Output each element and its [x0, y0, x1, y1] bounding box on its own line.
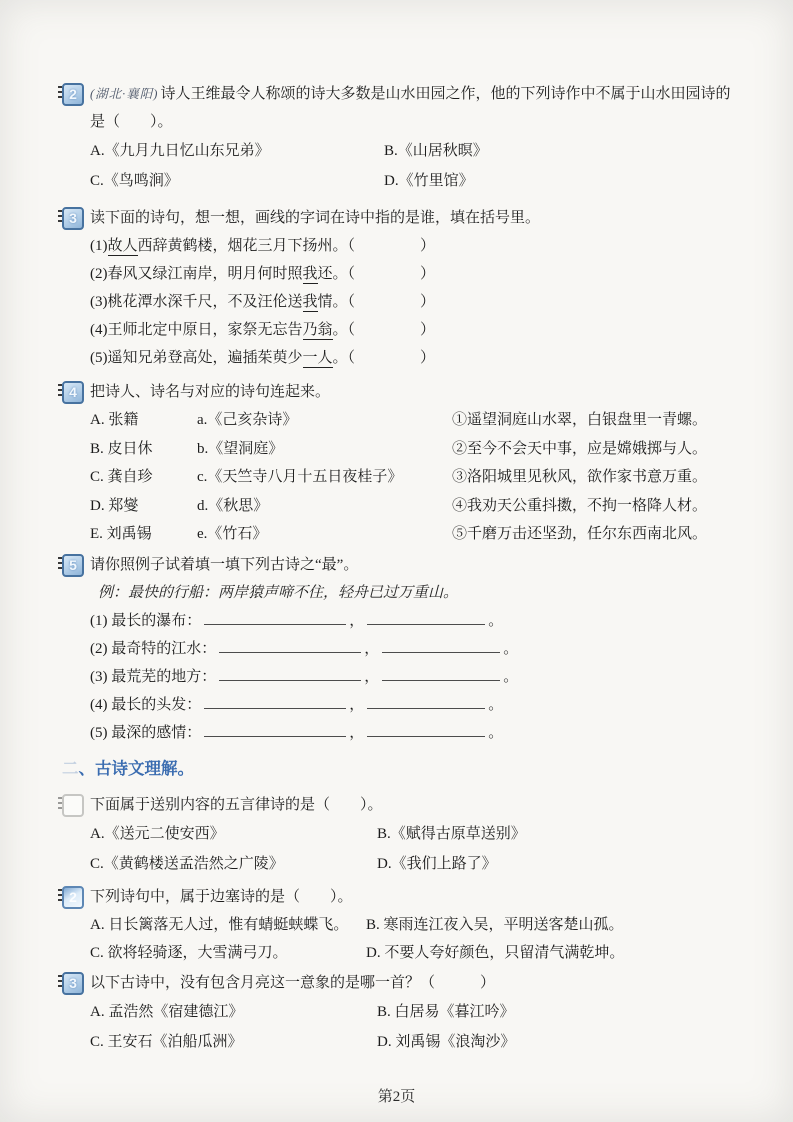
question-source-tag: (湖北·襄阳) [90, 87, 158, 101]
poet-c: C. 龚自珍 [90, 463, 197, 492]
question-s2-3: 3 以下古诗中，没有包含月亮这一意象的是哪一首？（ ） A. 孟浩然《宿建德江》… [62, 969, 739, 1057]
question-stem: 请你照例子试着填一填下列古诗之“最”。 [90, 551, 739, 579]
question-s1-4: 4 把诗人、诗名与对应的诗句连起来。 A. 张籍 a.《己亥杂诗》 ①遥望洞庭山… [62, 378, 739, 549]
answer-bracket[interactable]: （ ） [348, 322, 437, 338]
question-text: (湖北·襄阳)诗人王维最令人称颂的诗大多数是山水田园之作，他的下列诗作中不属于山… [90, 80, 739, 136]
question-stem: 以下古诗中，没有包含月亮这一意象的是哪一首？（ ） [90, 969, 739, 997]
option-a: A. 孟浩然《宿建德江》 [90, 997, 377, 1027]
fill-item-2: (2) 最奇特的江水：，。 [90, 635, 739, 663]
option-c: C.《黄鹤楼送孟浩然之广陵》 [90, 849, 377, 879]
answer-blank[interactable] [219, 639, 361, 653]
question-stem: 下面属于送别内容的五言律诗的是（ ）。 [90, 791, 739, 819]
question-number-badge: 4 [62, 381, 84, 404]
verse-4: ④我劝天公重抖擞，不拘一格降人材。 [452, 492, 739, 521]
page-number: 第2页 [0, 1088, 793, 1106]
question-s2-2: 2 下列诗句中，属于边塞诗的是（ ）。 A. 日长篱落无人过，惟有蜻蜓蛱蝶飞。 … [62, 883, 739, 967]
option-c: C. 欲将轻骑逐，大雪满弓刀。 [90, 939, 366, 967]
section-title: 、古诗文理解。 [79, 760, 195, 778]
question-number-badge: 5 [62, 554, 84, 577]
matching-grid: A. 张籍 a.《己亥杂诗》 ①遥望洞庭山水翠，白银盘里一青螺。 B. 皮日休 … [90, 406, 739, 549]
answer-bracket[interactable]: （ ） [348, 266, 437, 282]
poem-line-4: (4)王师北定中原日，家祭无忘告乃翁。（ ） [90, 316, 739, 344]
fill-item-3: (3) 最荒芜的地方：，。 [90, 663, 739, 691]
question-stem: 把诗人、诗名与对应的诗句连起来。 [90, 378, 739, 406]
option-d: D. 不要人夸好颜色，只留清气满乾坤。 [366, 939, 739, 967]
underlined-word: 一人 [303, 350, 333, 368]
answer-blank[interactable] [204, 695, 346, 709]
section-number-faded: 二 [62, 760, 79, 778]
poem-line-3: (3)桃花潭水深千尺，不及汪伦送我情。（ ） [90, 288, 739, 316]
option-a: A. 日长篱落无人过，惟有蜻蜓蛱蝶飞。 [90, 911, 366, 939]
worksheet-page: 2 (湖北·襄阳)诗人王维最令人称颂的诗大多数是山水田园之作，他的下列诗作中不属… [0, 0, 793, 1122]
fill-label: (1) 最长的瀑布： [90, 613, 201, 629]
question-number-badge-washed: 2 [62, 886, 84, 909]
answer-blank[interactable] [382, 667, 500, 681]
underlined-word: 故人 [108, 238, 138, 256]
answer-blank[interactable] [367, 695, 485, 709]
poet-b: B. 皮日休 [90, 435, 197, 464]
question-s1-3: 3 读下面的诗句，想一想，画线的字词在诗中指的是谁，填在括号里。 (1)故人西辞… [62, 204, 739, 372]
question-s1-2: 2 (湖北·襄阳)诗人王维最令人称颂的诗大多数是山水田园之作，他的下列诗作中不属… [62, 80, 739, 196]
question-stem: 读下面的诗句，想一想，画线的字词在诗中指的是谁，填在括号里。 [90, 204, 739, 232]
item-number: (1) [90, 238, 108, 254]
answer-blank[interactable] [382, 639, 500, 653]
poet-d: D. 郑燮 [90, 492, 197, 521]
fill-label: (5) 最深的感情： [90, 725, 201, 741]
answer-blank[interactable] [219, 667, 361, 681]
underlined-word: 我 [303, 266, 318, 284]
poet-e: E. 刘禹锡 [90, 520, 197, 549]
title-c: c.《天竺寺八月十五日夜桂子》 [197, 463, 452, 492]
title-d: d.《秋思》 [197, 492, 452, 521]
item-number: (2) [90, 266, 108, 282]
example-line: 例：最快的行船：两岸猿声啼不住，轻舟已过万重山。 [90, 579, 739, 607]
question-number-badge: 2 [62, 83, 84, 106]
question-s2-1: 下面属于送别内容的五言律诗的是（ ）。 A.《送元二使安西》 B.《赋得古原草送… [62, 791, 739, 879]
section-heading: 二、古诗文理解。 [62, 755, 739, 783]
answer-blank[interactable] [367, 611, 485, 625]
option-b: B.《赋得古原草送别》 [377, 819, 739, 849]
options-grid: A.《送元二使安西》 B.《赋得古原草送别》 C.《黄鹤楼送孟浩然之广陵》 D.… [90, 819, 739, 879]
worksheet-content: 2 (湖北·襄阳)诗人王维最令人称颂的诗大多数是山水田园之作，他的下列诗作中不属… [62, 80, 739, 1057]
options-grid: A. 日长篱落无人过，惟有蜻蜓蛱蝶飞。 B. 寒雨连江夜入吴，平明送客楚山孤。 … [90, 911, 739, 967]
question-stem: 诗人王维最令人称颂的诗大多数是山水田园之作，他的下列诗作中不属于山水田园诗的是（… [90, 86, 730, 130]
question-number-badge: 3 [62, 207, 84, 230]
verse-2: ②至今不会天中事，应是嫦娥掷与人。 [452, 435, 739, 464]
option-c: C.《鸟鸣涧》 [90, 166, 384, 196]
fill-label: (2) 最奇特的江水： [90, 641, 216, 657]
option-b: B. 寒雨连江夜入吴，平明送客楚山孤。 [366, 911, 739, 939]
question-stem: 下列诗句中，属于边塞诗的是（ ）。 [90, 883, 739, 911]
title-a: a.《己亥杂诗》 [197, 406, 452, 435]
item-number: (5) [90, 350, 108, 366]
question-number-badge-faded [62, 794, 84, 817]
answer-bracket[interactable]: （ ） [348, 350, 437, 366]
item-number: (4) [90, 322, 108, 338]
answer-blank[interactable] [204, 723, 346, 737]
options-grid: A.《九月九日忆山东兄弟》 B.《山居秋暝》 C.《鸟鸣涧》 D.《竹里馆》 [90, 136, 739, 196]
verse-5: ⑤千磨万击还坚劲，任尔东西南北风。 [452, 520, 739, 549]
underlined-word: 我 [303, 294, 318, 312]
option-d: D. 刘禹锡《浪淘沙》 [377, 1027, 739, 1057]
option-b: B.《山居秋暝》 [384, 136, 739, 166]
fill-item-1: (1) 最长的瀑布：，。 [90, 607, 739, 635]
fill-label: (4) 最长的头发： [90, 697, 201, 713]
answer-bracket[interactable]: （ ） [348, 294, 437, 310]
answer-blank[interactable] [204, 611, 346, 625]
answer-bracket[interactable]: （ ） [348, 238, 437, 254]
poem-line-5: (5)遥知兄弟登高处，遍插茱萸少一人。（ ） [90, 344, 739, 372]
option-c: C. 王安石《泊船瓜洲》 [90, 1027, 377, 1057]
option-d: D.《竹里馆》 [384, 166, 739, 196]
option-d: D.《我们上路了》 [377, 849, 739, 879]
question-number-badge: 3 [62, 972, 84, 995]
title-b: b.《望洞庭》 [197, 435, 452, 464]
fill-item-5: (5) 最深的感情：，。 [90, 719, 739, 747]
options-grid: A. 孟浩然《宿建德江》 B. 白居易《暮江吟》 C. 王安石《泊船瓜洲》 D.… [90, 997, 739, 1057]
verse-3: ③洛阳城里见秋风，欲作家书意万重。 [452, 463, 739, 492]
verse-1: ①遥望洞庭山水翠，白银盘里一青螺。 [452, 406, 739, 435]
option-a: A.《九月九日忆山东兄弟》 [90, 136, 384, 166]
fill-item-4: (4) 最长的头发：，。 [90, 691, 739, 719]
answer-blank[interactable] [367, 723, 485, 737]
option-a: A.《送元二使安西》 [90, 819, 377, 849]
option-b: B. 白居易《暮江吟》 [377, 997, 739, 1027]
underlined-word: 乃翁 [303, 322, 333, 340]
title-e: e.《竹石》 [197, 520, 452, 549]
poem-line-2: (2)春风又绿江南岸，明月何时照我还。（ ） [90, 260, 739, 288]
poet-a: A. 张籍 [90, 406, 197, 435]
poem-line-1: (1)故人西辞黄鹤楼，烟花三月下扬州。（ ） [90, 232, 739, 260]
question-s1-5: 5 请你照例子试着填一填下列古诗之“最”。 例：最快的行船：两岸猿声啼不住，轻舟… [62, 551, 739, 747]
fill-label: (3) 最荒芜的地方： [90, 669, 216, 685]
item-number: (3) [90, 294, 108, 310]
